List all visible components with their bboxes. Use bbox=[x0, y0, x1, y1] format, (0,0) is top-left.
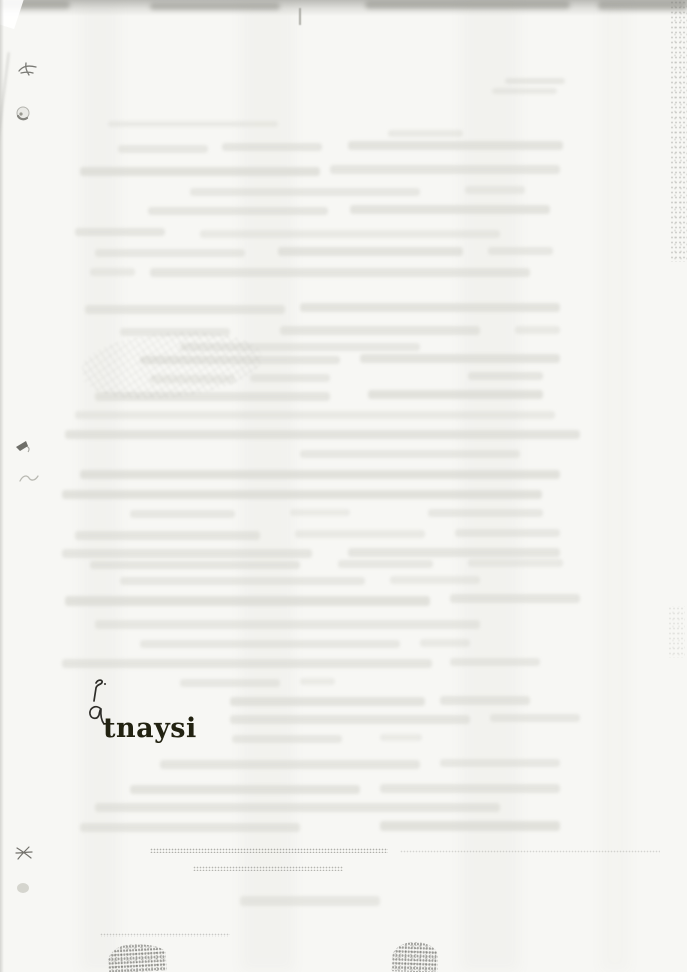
speckle-streak bbox=[100, 933, 230, 937]
bleedthrough-ghost-line bbox=[90, 561, 300, 569]
bleedthrough-ghost-line bbox=[118, 145, 208, 153]
bleedthrough-ghost-line bbox=[465, 186, 525, 194]
ink-smudge-center bbox=[391, 941, 438, 972]
bleedthrough-ghost-line bbox=[65, 596, 430, 606]
bleedthrough-ghost-line bbox=[290, 509, 350, 516]
scan-top-edge-shadow bbox=[0, 0, 687, 16]
staple-scratch-mark bbox=[16, 60, 40, 78]
bleedthrough-ghost-line bbox=[450, 594, 580, 603]
bleedthrough-ghost-line bbox=[80, 470, 560, 479]
bleedthrough-ghost-line bbox=[350, 205, 550, 214]
bleedthrough-ghost-line bbox=[140, 640, 400, 648]
bleedthrough-ghost-line bbox=[95, 620, 480, 629]
punch-hole-mark bbox=[14, 104, 32, 122]
bleedthrough-ghost-line bbox=[492, 88, 557, 94]
bleedthrough-ghost-line bbox=[278, 247, 463, 256]
scan-right-edge-noise bbox=[670, 0, 687, 262]
bleedthrough-ghost-line bbox=[440, 696, 530, 705]
bleedthrough-ghost-line bbox=[95, 803, 500, 812]
bleedthrough-ghost-line bbox=[300, 678, 335, 685]
bleedthrough-ghost-line bbox=[428, 509, 543, 517]
bleedthrough-ghost-line bbox=[120, 577, 365, 585]
scan-top-edge-patch bbox=[365, 1, 570, 9]
bleedthrough-ghost-line bbox=[190, 188, 420, 196]
bleedthrough-ghost-line bbox=[455, 529, 560, 537]
bleedthrough-ghost-line bbox=[280, 326, 480, 335]
bleedthrough-ghost-line bbox=[250, 374, 330, 382]
bleedthrough-ghost-line bbox=[420, 639, 470, 647]
bleedthrough-ghost-line bbox=[348, 141, 563, 150]
bleedthrough-ghost-line bbox=[440, 759, 560, 767]
bleedthrough-ghost-line bbox=[360, 354, 560, 363]
annotation-text: tnaysi bbox=[103, 712, 197, 746]
scan-left-edge-shadow bbox=[0, 0, 4, 972]
bleedthrough-ghost-line bbox=[490, 714, 580, 722]
bleedthrough-ghost-line bbox=[300, 450, 520, 458]
margin-squiggle-mark bbox=[18, 472, 40, 486]
bleedthrough-ghost-line bbox=[230, 697, 425, 706]
speckle-streak bbox=[150, 848, 388, 853]
scan-top-edge-patch bbox=[150, 3, 280, 10]
bleedthrough-ghost-line bbox=[380, 784, 560, 793]
bleedthrough-ghost-line bbox=[95, 249, 245, 257]
bleedthrough-ghost-line bbox=[75, 228, 165, 236]
bleedthrough-ghost-line bbox=[148, 207, 328, 215]
bleedthrough-ghost-line bbox=[80, 823, 300, 832]
bleedthrough-ghost-line bbox=[85, 305, 285, 314]
bleedthrough-ghost-line bbox=[330, 165, 560, 174]
bleedthrough-ghost-line bbox=[338, 560, 433, 568]
bleedthrough-ghost-line bbox=[75, 531, 260, 540]
bleedthrough-ghost-line bbox=[62, 659, 432, 668]
bleedthrough-ghost-line bbox=[515, 326, 560, 334]
margin-blob-mark bbox=[14, 880, 32, 896]
bleedthrough-ghost-line bbox=[130, 510, 235, 518]
bleedthrough-ghost-line bbox=[65, 430, 580, 439]
bleedthrough-ghost-line bbox=[450, 658, 540, 666]
bleedthrough-ghost-line bbox=[380, 734, 422, 741]
bleedthrough-ghost-line bbox=[62, 490, 542, 499]
bleedthrough-ghost-line bbox=[468, 372, 543, 380]
bleedthrough-ghost-line bbox=[348, 548, 560, 557]
bleedthrough-ghost-line bbox=[160, 760, 420, 769]
bleedthrough-ghost-line bbox=[62, 549, 312, 558]
bleedthrough-ghost-line bbox=[222, 143, 322, 151]
bleedthrough-ghost-line bbox=[300, 303, 560, 312]
bleedthrough-ghost-line bbox=[180, 679, 280, 687]
bleedthrough-ghost-line bbox=[295, 530, 425, 538]
bleedthrough-ghost-line bbox=[388, 130, 463, 137]
bleedthrough-ghost-line bbox=[488, 247, 553, 255]
bleedthrough-ghost-line bbox=[80, 167, 320, 176]
bleedthrough-ghost-line bbox=[390, 576, 480, 584]
bleedthrough-ghost-line bbox=[240, 896, 380, 906]
bleedthrough-ghost-line bbox=[108, 121, 278, 127]
bleedthrough-ghost-line bbox=[380, 821, 560, 831]
bleedthrough-ghost-line bbox=[75, 411, 555, 419]
bleedthrough-ghost-line bbox=[90, 268, 135, 276]
margin-x-scratch-mark bbox=[14, 844, 34, 862]
speckle-streak bbox=[193, 866, 343, 871]
scan-right-edge-noise bbox=[668, 606, 685, 658]
scan-band bbox=[600, 0, 630, 972]
top-edge-tick-mark bbox=[299, 8, 301, 25]
scanned-page: tnaysi bbox=[0, 0, 687, 972]
bleedthrough-ghost-line bbox=[130, 785, 360, 794]
bleedthrough-ghost-line bbox=[150, 268, 530, 277]
bleedthrough-ghost-line bbox=[200, 230, 500, 238]
speckle-streak bbox=[400, 850, 660, 853]
bleedthrough-ghost-line bbox=[468, 559, 563, 567]
bleedthrough-ghost-line bbox=[232, 735, 342, 743]
bleedthrough-ghost-line bbox=[505, 78, 565, 84]
bleedthrough-ghost-line bbox=[230, 715, 470, 724]
margin-arrow-mark bbox=[14, 438, 34, 456]
bleedthrough-ghost-line bbox=[368, 390, 543, 399]
